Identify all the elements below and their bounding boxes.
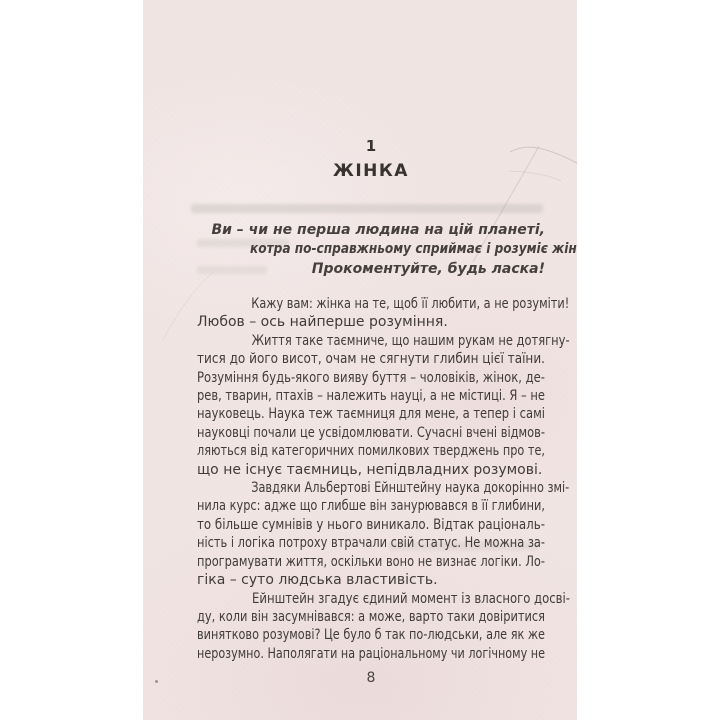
paragraph: Кажу вам: жінка на те, щоб її любити, а …	[197, 295, 545, 332]
epigraph-line: котра по-справжньому сприймає і розуміє …	[197, 240, 545, 259]
epigraph-line: Прокоментуйте, будь ласка!	[197, 260, 545, 279]
body-text-line: нерозумно. Наполягати на раціональному ч…	[197, 645, 545, 663]
body-text-line: то більше сумнівів у нього виникало. Від…	[197, 516, 545, 534]
paragraph: Життя таке таємниче, що нашим рукам не д…	[197, 332, 545, 479]
paragraph: Ейнштейн згадує єдиний момент із власног…	[197, 590, 545, 664]
chapter-number: 1	[197, 137, 545, 155]
chapter-title: ЖІНКА	[197, 161, 545, 181]
body-text-line: ляються від категоричних помилкових твер…	[197, 442, 545, 460]
page-number: 8	[197, 670, 545, 686]
body-text-line: тися до його висот, очам не сягнути глиб…	[197, 350, 545, 368]
body-text-line: Життя таке таємниче, що нашим рукам не д…	[197, 332, 545, 350]
body-text-line: гіка – суто людська властивість.	[197, 571, 545, 589]
body-text-line: нила курс: адже що глибше він занурювавс…	[197, 497, 545, 515]
body-text-line: що не існує таємниць, непідвладних розум…	[197, 461, 545, 479]
epigraph-line: Ви – чи не перша людина на цій планеті,	[197, 221, 545, 240]
scanned-book-spread: 1 ЖІНКА Ви – чи не перша людина на цій п…	[0, 0, 720, 720]
body-text-line: програмувати життя, оскільки воно не виз…	[197, 553, 545, 571]
paragraph: Завдяки Альбертові Ейнштейну наука докор…	[197, 479, 545, 589]
body-text-line: ду, коли він засумнівався: а може, варто…	[197, 608, 545, 626]
body-text-line: Розуміння будь-якого вияву буття – чолов…	[197, 369, 545, 387]
dust-speck	[155, 680, 158, 683]
body-text-line: Завдяки Альбертові Ейнштейну наука докор…	[197, 479, 545, 497]
body-text: Кажу вам: жінка на те, щоб її любити, а …	[197, 295, 545, 663]
body-text-line: рев, тварин, птахів – належить науці, а …	[197, 387, 545, 405]
body-text-line: науковці почали це усвідомлювати. Сучасн…	[197, 424, 545, 442]
body-text-line: Кажу вам: жінка на те, щоб її любити, а …	[197, 295, 545, 313]
book-page: 1 ЖІНКА Ви – чи не перша людина на цій п…	[143, 0, 577, 720]
epigraph: Ви – чи не перша людина на цій планеті, …	[197, 221, 545, 279]
body-text-line: Ейнштейн згадує єдиний момент із власног…	[197, 590, 545, 608]
show-through-mark	[191, 204, 543, 213]
body-text-line: Любов – ось найперше розуміння.	[197, 313, 545, 331]
body-text-line: ність і логіка потроху втрачали свій ста…	[197, 534, 545, 552]
body-text-line: винятково розумові? Це було б так по-люд…	[197, 626, 545, 644]
body-text-line: науковець. Наука теж таємниця для мене, …	[197, 405, 545, 423]
